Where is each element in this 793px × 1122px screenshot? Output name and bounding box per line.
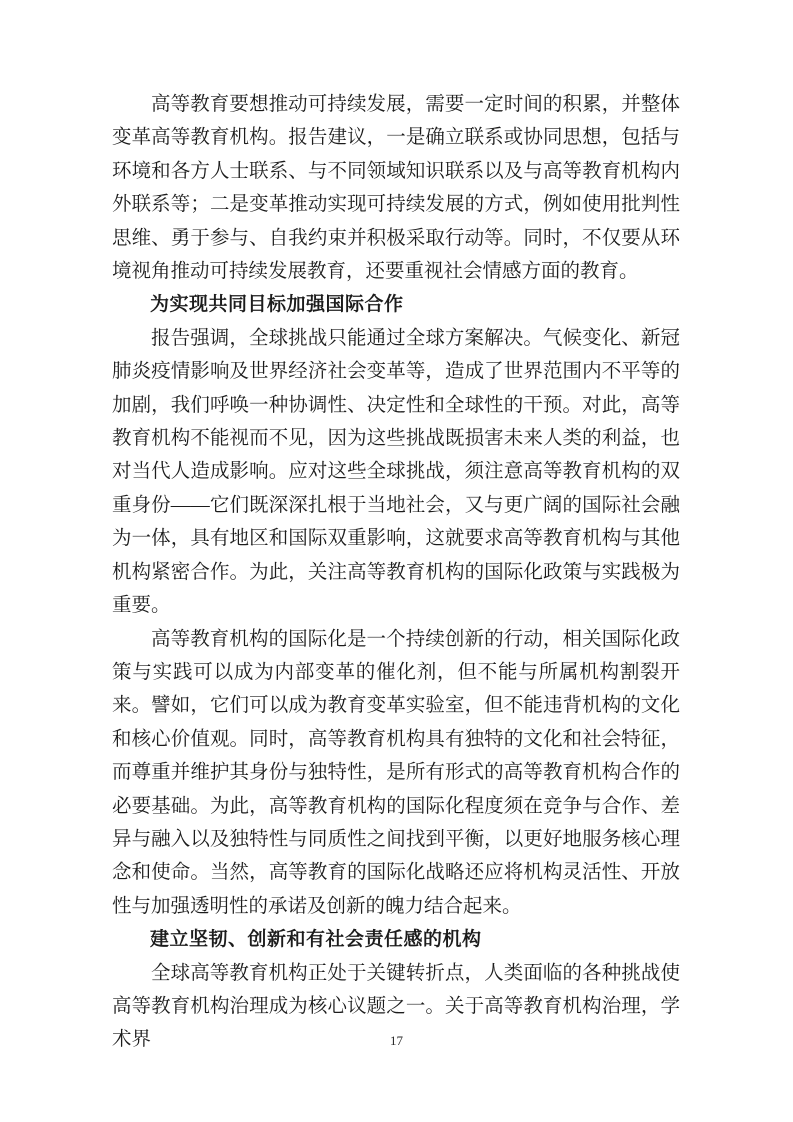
page-number: 17: [0, 1033, 793, 1049]
page-content: 高等教育要想推动可持续发展，需要一定时间的积累，并整体变革高等教育机构。报告建议…: [112, 88, 680, 1057]
body-paragraph: 报告强调，全球挑战只能通过全球方案解决。气候变化、新冠肺炎疫情影响及世界经济社会…: [112, 322, 680, 623]
section-heading: 为实现共同目标加强国际合作: [112, 288, 680, 321]
body-paragraph: 高等教育要想推动可持续发展，需要一定时间的积累，并整体变革高等教育机构。报告建议…: [112, 88, 680, 288]
document-page: 高等教育要想推动可持续发展，需要一定时间的积累，并整体变革高等教育机构。报告建议…: [0, 0, 793, 1122]
body-paragraph: 高等教育机构的国际化是一个持续创新的行动，相关国际化政策与实践可以成为内部变革的…: [112, 623, 680, 924]
section-heading: 建立坚韧、创新和有社会责任感的机构: [112, 923, 680, 956]
